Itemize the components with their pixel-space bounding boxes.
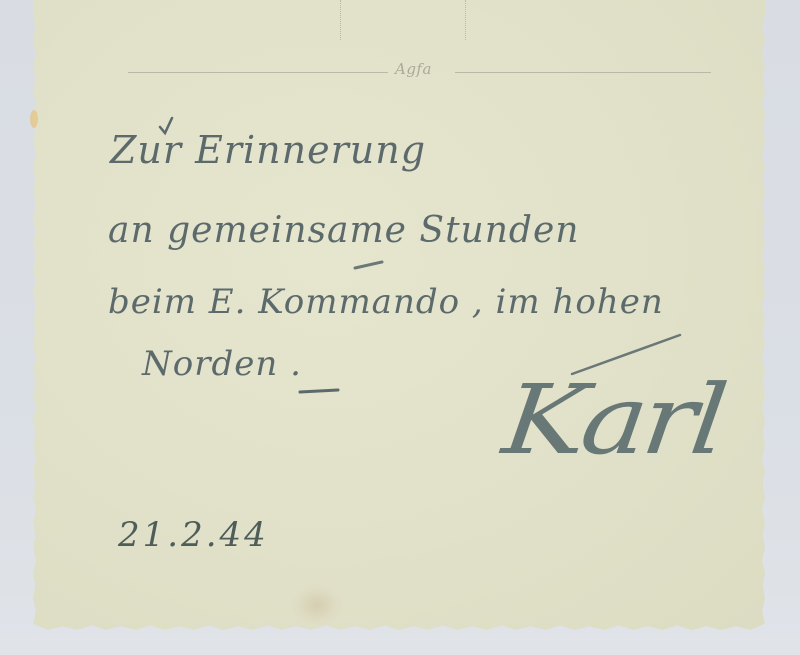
stamp-box-divider-left <box>340 0 341 40</box>
agfa-logo: Agfa <box>395 60 432 78</box>
handwriting-line-1: Zur Erinnerung <box>110 128 426 172</box>
handwritten-date: 21.2.44 <box>118 515 269 555</box>
handwriting-line-3: beim E. Kommando , im hohen <box>108 282 664 322</box>
handwriting-line-4: Norden . <box>142 344 302 384</box>
signature: Karl <box>498 372 728 468</box>
edge-stain <box>30 110 38 128</box>
handwriting-line-2: an gemeinsame Stunden <box>108 210 579 251</box>
paper-stain <box>292 585 342 625</box>
address-rule-right <box>455 72 711 73</box>
stamp-box-divider-right <box>465 0 466 40</box>
address-rule-left <box>128 72 388 73</box>
